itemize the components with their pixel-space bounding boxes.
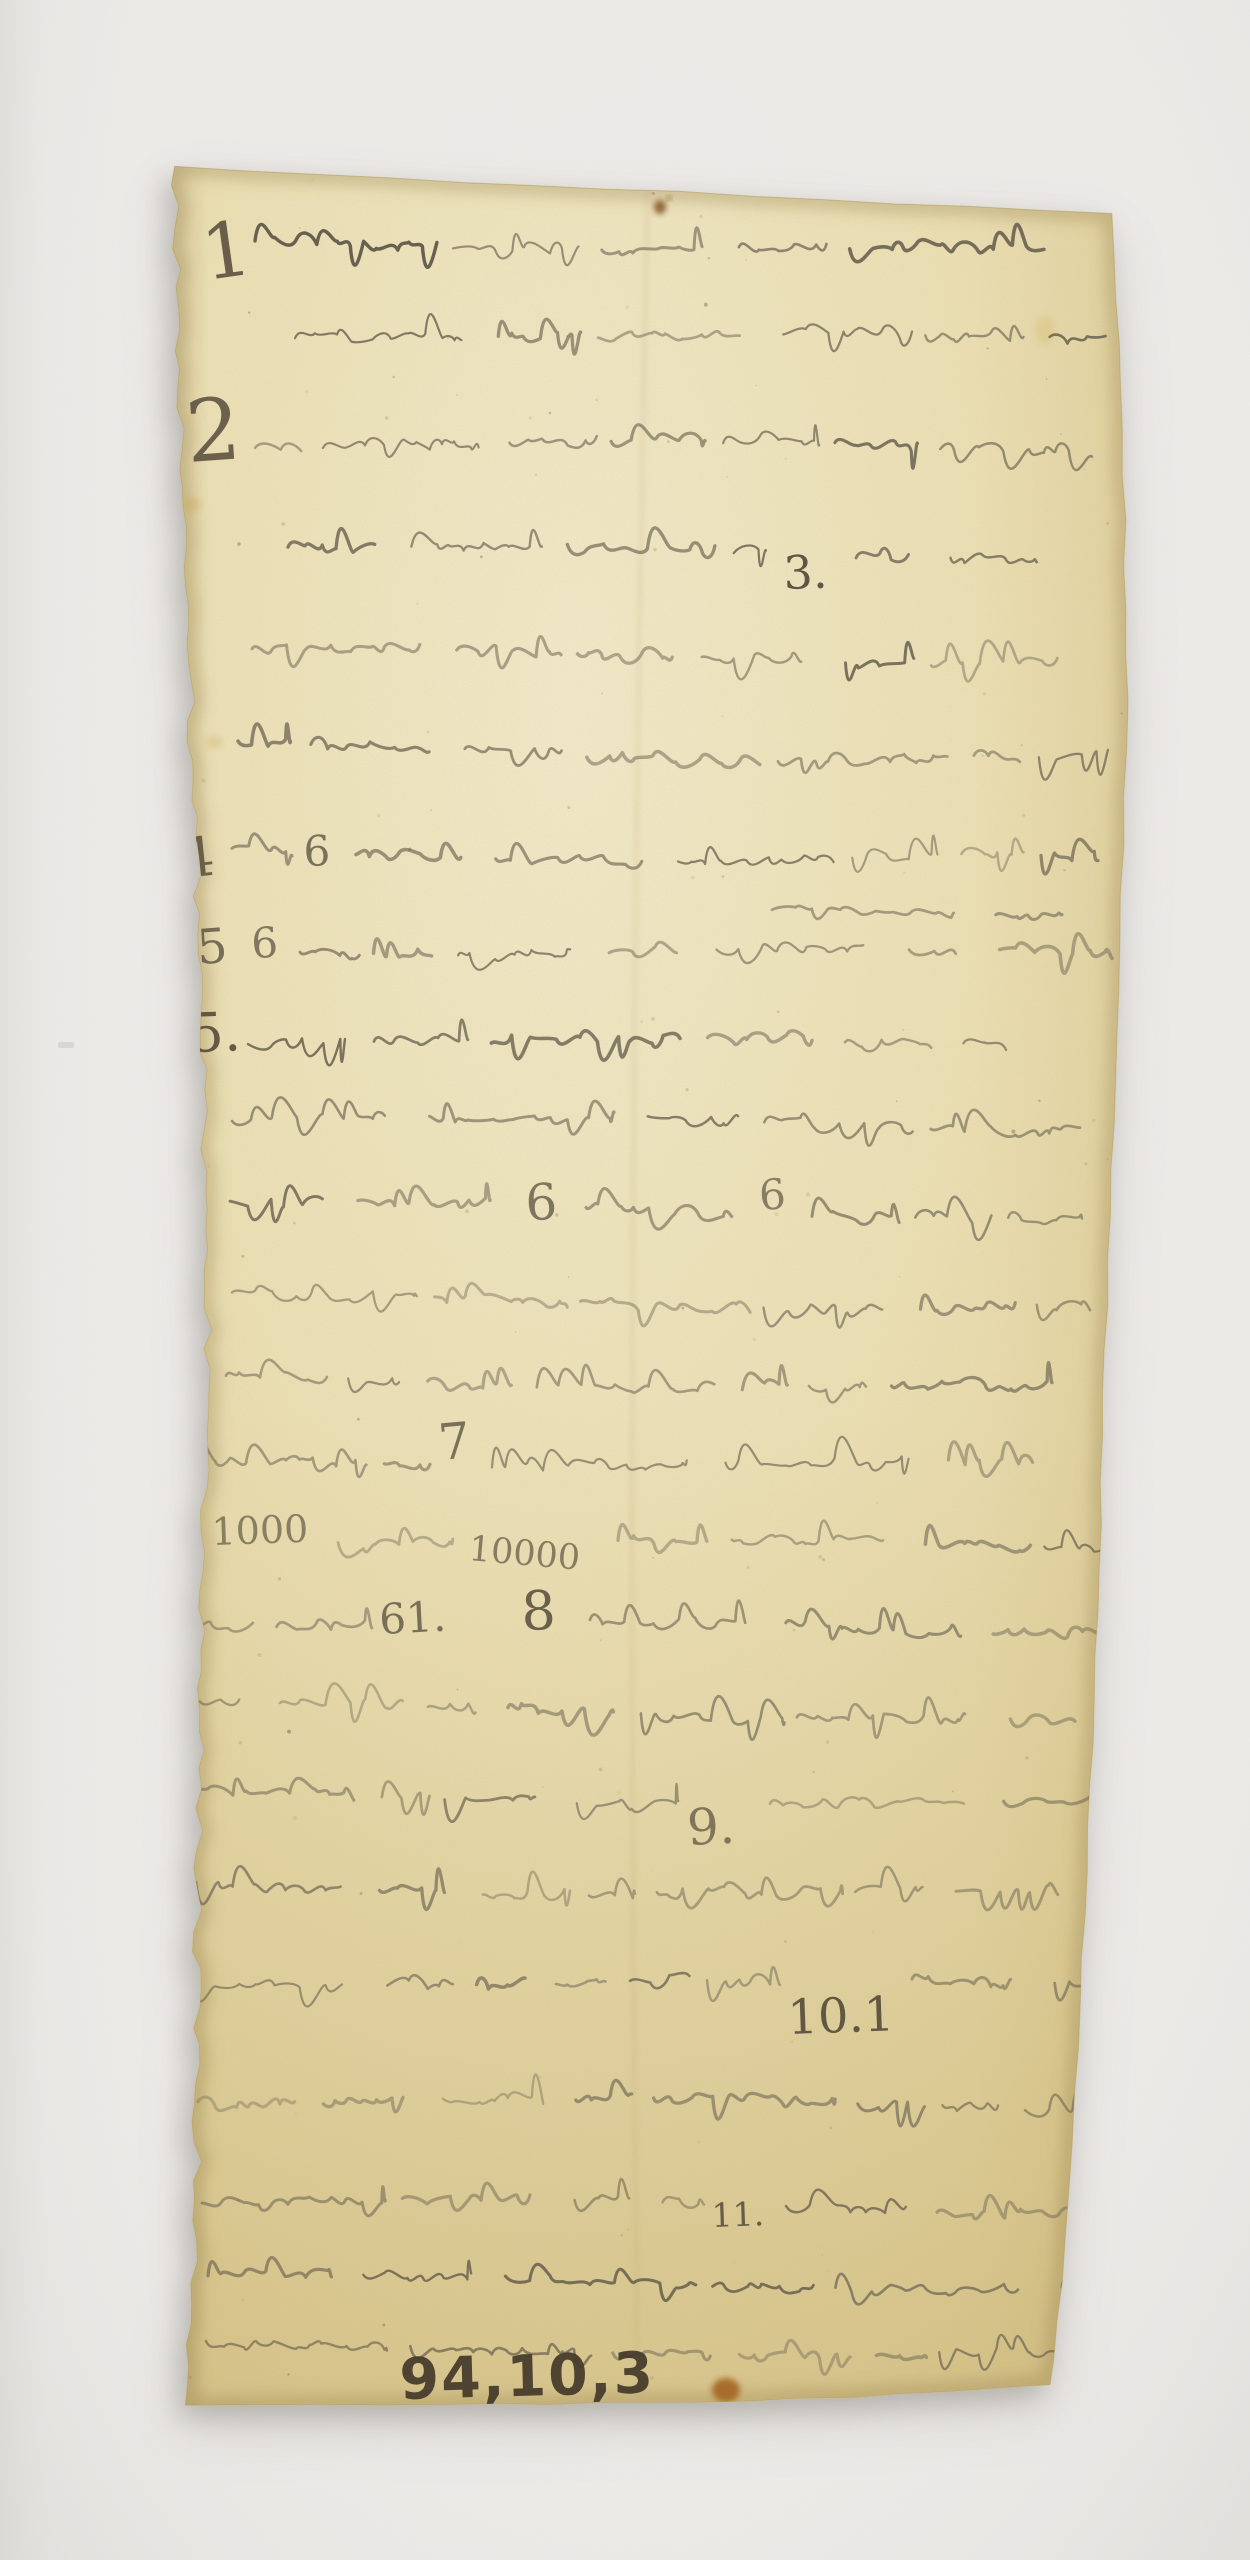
paper-speckle	[747, 1566, 750, 1569]
paper-speckle	[667, 440, 670, 443]
paper-speckle	[698, 2141, 701, 2144]
paper-speckle	[1107, 1158, 1109, 1160]
verse-number: 6	[303, 826, 331, 876]
paper-speckle	[812, 1771, 815, 1774]
paper-speckle	[1060, 433, 1062, 435]
paper-speckle	[625, 305, 629, 309]
paper-speckle	[704, 303, 708, 307]
paper-speckle	[826, 2269, 830, 2273]
paper-speckle	[1109, 936, 1111, 938]
paper-speckle	[699, 215, 702, 218]
paper-grain	[150, 140, 1150, 2430]
paper-speckle	[1063, 869, 1065, 871]
paper-speckle	[357, 1418, 360, 1421]
paper-speckle	[691, 876, 695, 880]
paper-speckle	[465, 1210, 469, 1214]
paper-speckle	[293, 1222, 296, 1225]
verse-number: 1000	[211, 1507, 309, 1554]
paper-speckle	[1046, 378, 1048, 380]
paper-speckle	[784, 1940, 787, 1943]
paper-speckle	[1038, 1100, 1040, 1102]
paper-speckle	[1084, 469, 1086, 471]
note-photograph: 123.45665.66710001000061.89.10.111. 94,1…	[0, 0, 1250, 2560]
paper-speckle	[242, 2299, 243, 2300]
paper-speckle	[427, 731, 429, 733]
paper-speckle	[896, 1101, 897, 1102]
paper-speckle	[872, 1930, 876, 1934]
paper-speckle	[535, 474, 537, 476]
paper-speckle	[447, 337, 449, 339]
paper-speckle	[818, 1555, 822, 1559]
paper-stain	[667, 196, 672, 201]
paper-speckle	[734, 2262, 736, 2264]
paper-speckle	[1106, 522, 1109, 525]
paper-speckle	[987, 347, 989, 349]
paper-speckle	[1011, 1130, 1015, 1134]
paper-speckle	[1084, 1162, 1087, 1165]
verse-number: 7	[436, 1411, 473, 1472]
verse-number: 11.	[711, 2194, 765, 2235]
paper-speckle	[726, 476, 728, 478]
paper-speckle	[293, 1816, 297, 1820]
paper-speckle	[392, 376, 395, 379]
paper-speckle	[952, 1790, 954, 1792]
paper-stain	[654, 200, 666, 214]
paper-speckle	[241, 1255, 244, 1258]
paper-speckle	[385, 416, 389, 420]
paper-speckle	[1025, 1756, 1028, 1759]
paper-speckle	[377, 814, 380, 817]
paper-speckle	[189, 2376, 192, 2379]
paper-speckle	[417, 603, 419, 605]
paper-speckle	[829, 2126, 832, 2129]
paper-speckle	[456, 394, 458, 396]
paper-speckle	[430, 809, 432, 811]
paper-speckle	[753, 1338, 757, 1342]
paper-speckle	[258, 1653, 262, 1657]
paper-speckle	[480, 556, 483, 559]
paper-speckle	[756, 385, 758, 387]
paper-speckle	[287, 2373, 289, 2375]
paper-speckle	[239, 1741, 243, 1745]
paper-speckle	[515, 1331, 516, 1332]
paper-speckle	[785, 458, 787, 460]
paper-speckle	[653, 548, 656, 551]
paper-speckle	[899, 1276, 900, 1277]
paper-speckle	[982, 755, 984, 757]
paper-speckle	[457, 1689, 459, 1691]
verse-number: 10.1	[786, 1986, 895, 2046]
paper-speckle	[777, 1010, 780, 1013]
paper-speckle	[382, 2324, 385, 2327]
paper-speckle	[248, 312, 250, 314]
paper-stain	[206, 736, 222, 748]
paper-speckle	[360, 1892, 363, 1895]
paper-speckle	[568, 1276, 569, 1277]
paper-speckle	[600, 1639, 602, 1641]
paper-speckle	[745, 259, 747, 261]
paper-speckle	[237, 542, 241, 546]
paper-speckle	[567, 806, 570, 809]
paper-speckle	[299, 227, 301, 229]
paper-speckle	[1092, 1119, 1095, 1122]
paper-speckle	[822, 2254, 823, 2255]
paper-speckle	[601, 692, 603, 694]
paper-speckle	[295, 2113, 297, 2115]
scanner-mark	[58, 1042, 74, 1048]
paper-speckle	[540, 2076, 542, 2078]
paper-stain	[1035, 316, 1055, 344]
verse-number: 9.	[686, 1797, 737, 1857]
paper-speckle	[278, 1577, 281, 1580]
paper-speckle	[1022, 814, 1025, 817]
verse-number: 6	[524, 1173, 558, 1232]
paper-speckle	[549, 412, 551, 414]
verse-number: 8	[520, 1579, 557, 1643]
paper-speckle	[595, 399, 598, 402]
paper-speckle	[685, 1088, 688, 1091]
verse-number: 6	[250, 918, 279, 968]
paper-speckle	[681, 1307, 684, 1310]
verse-number: 61.	[378, 1592, 447, 1644]
paper-speckle	[627, 2229, 628, 2230]
paper-speckle	[793, 1629, 796, 1632]
paper-speckle	[877, 1502, 878, 1503]
catalog-number: 94,10,3	[399, 2340, 656, 2413]
paper-speckle	[459, 1942, 460, 1943]
paper-speckle	[650, 1869, 652, 1871]
paper-speckle	[207, 1165, 210, 1168]
paper-speckle	[722, 716, 723, 717]
paper-stain	[712, 2378, 740, 2402]
paper-speckle	[617, 1791, 620, 1794]
paper-speckle	[542, 1786, 544, 1788]
paper-speckle	[651, 1017, 655, 1021]
paper-speckle	[281, 522, 284, 525]
paper-speckle	[652, 192, 655, 195]
paper-speckle	[287, 1730, 291, 1734]
paper-speckle	[529, 416, 532, 419]
paper-speckle	[305, 390, 309, 394]
paper-speckle	[822, 1558, 825, 1561]
paper-speckle	[903, 872, 905, 874]
verse-number: 6	[757, 1169, 787, 1220]
paper-speckle	[640, 1020, 643, 1023]
paper-speckle	[708, 257, 711, 260]
paper-speckle	[722, 875, 725, 878]
paper-speckle	[1021, 744, 1023, 746]
paper-speckle	[983, 692, 986, 695]
paper-speckle	[599, 1768, 603, 1772]
paper-speckle	[902, 1029, 904, 1031]
paper-speckle	[652, 1557, 653, 1558]
paper-speckle	[202, 778, 206, 782]
paper-speckle	[826, 1740, 830, 1744]
verse-number: 2	[182, 379, 244, 483]
paper-speckle	[621, 2234, 623, 2236]
paper-speckle	[806, 1193, 810, 1197]
paper-speckle	[1121, 712, 1123, 714]
photo-canvas: 123.45665.66710001000061.89.10.111. 94,1…	[0, 0, 1250, 2560]
verse-number: 3.	[782, 544, 828, 599]
paper-speckle	[311, 178, 315, 182]
